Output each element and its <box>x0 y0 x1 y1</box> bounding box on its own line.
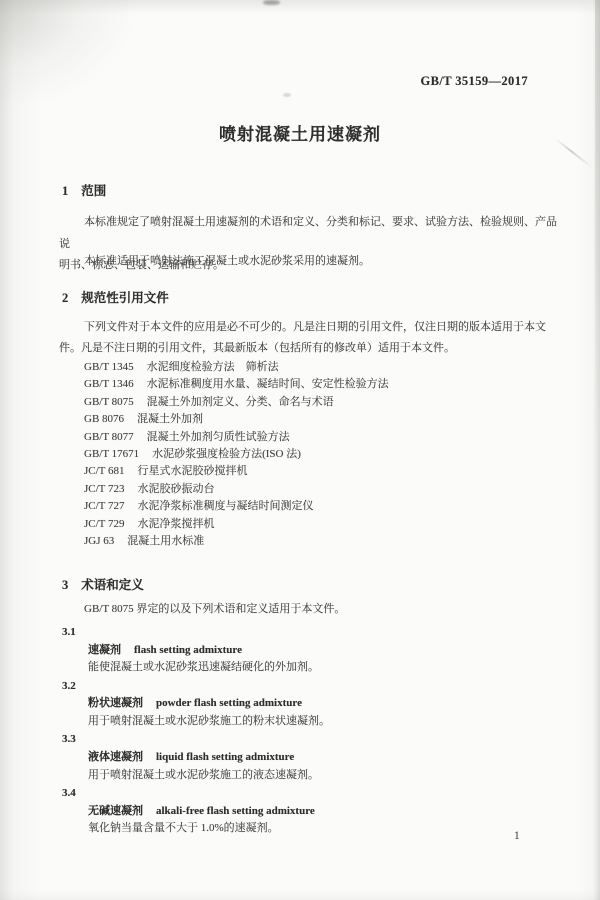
scan-speck <box>283 93 291 97</box>
term-en: flash setting admixture <box>134 644 242 656</box>
reference-item: GB/T 8075混凝土外加剂定义、分类、命名与术语 <box>84 394 389 411</box>
scanned-page: GB/T 35159—2017 喷射混凝土用速凝剂 1范围 本标准规定了喷射混凝… <box>0 0 600 900</box>
reference-item: JGJ 63混凝土用水标准 <box>84 533 389 550</box>
section-number: 1 <box>62 184 68 199</box>
reference-item: JC/T 729水泥净浆搅拌机 <box>84 516 389 533</box>
reference-title: 混凝土外加剂 <box>137 413 203 425</box>
term-block: 3.3液体速凝剂liquid flash setting admixture用于… <box>62 731 330 784</box>
reference-code: GB/T 17671 <box>84 448 139 460</box>
reference-title: 水泥净浆搅拌机 <box>137 518 214 530</box>
reference-item: GB/T 8077混凝土外加剂匀质性试验方法 <box>84 429 389 446</box>
reference-code: JC/T 723 <box>84 483 124 495</box>
section-number: 2 <box>62 291 68 306</box>
term-block: 3.2粉状速凝剂powder flash setting admixture用于… <box>62 678 330 731</box>
term-en: alkali-free flash setting admixture <box>156 805 315 817</box>
term-zh: 粉状速凝剂 <box>88 697 143 709</box>
reference-title: 水泥净浆标准稠度与凝结时间测定仪 <box>137 500 313 512</box>
reference-title: 混凝土外加剂定义、分类、命名与术语 <box>147 396 334 408</box>
section-heading-terms: 3术语和定义 <box>62 575 144 593</box>
reference-code: GB/T 8077 <box>84 431 134 443</box>
section-title: 术语和定义 <box>81 578 144 592</box>
term-definition: 用于喷射混凝土或水泥砂浆施工的粉末状速凝剂。 <box>88 713 330 731</box>
term-zh: 速凝剂 <box>88 644 121 656</box>
reference-title: 水泥胶砂振动台 <box>137 483 214 495</box>
reference-item: JC/T 723水泥胶砂振动台 <box>84 481 389 498</box>
reference-title: 水泥标准稠度用水量、凝结时间、安定性检验方法 <box>147 378 389 390</box>
reference-title: 行星式水泥胶砂搅拌机 <box>137 465 247 477</box>
reference-code: JGJ 63 <box>84 535 114 547</box>
reference-item: GB/T 1345水泥细度检验方法 筛析法 <box>84 359 389 376</box>
term-zh: 无碱速凝剂 <box>88 805 143 817</box>
reference-code: GB/T 1345 <box>84 361 134 373</box>
reference-code: JC/T 681 <box>84 465 124 477</box>
reference-code: GB 8076 <box>84 413 124 425</box>
term-number: 3.3 <box>62 731 330 749</box>
reference-item: JC/T 681行星式水泥胶砂搅拌机 <box>84 463 389 480</box>
scan-edge-shadow-right <box>595 0 600 430</box>
term-line: 液体速凝剂liquid flash setting admixture <box>88 749 330 767</box>
reference-item: GB/T 1346水泥标准稠度用水量、凝结时间、安定性检验方法 <box>84 376 389 393</box>
document-title: 喷射混凝土用速凝剂 <box>0 120 600 145</box>
term-definition: 用于喷射混凝土或水泥砂浆施工的液态速凝剂。 <box>88 767 330 785</box>
term-number: 3.4 <box>62 785 330 803</box>
scope-paragraph-2: 本标准适用于喷射法施工混凝土或水泥砂浆采用的速凝剂。 <box>59 251 561 273</box>
reference-code: GB/T 1346 <box>84 378 134 390</box>
reference-item: GB/T 17671水泥砂浆强度检验方法(ISO 法) <box>84 446 389 463</box>
references-intro: 下列文件对于本文件的应用是必不可少的。凡是注日期的引用文件，仅注日期的版本适用于… <box>59 317 561 359</box>
reference-code: GB/T 8075 <box>84 396 134 408</box>
reference-title: 水泥细度检验方法 筛析法 <box>147 361 279 373</box>
term-block: 3.1速凝剂flash setting admixture能使混凝土或水泥砂浆迅… <box>62 624 330 677</box>
reference-item: GB 8076混凝土外加剂 <box>84 411 389 428</box>
reference-title: 混凝土用水标准 <box>127 535 204 547</box>
term-zh: 液体速凝剂 <box>88 751 143 763</box>
term-line: 速凝剂flash setting admixture <box>88 642 330 660</box>
reference-code: JC/T 729 <box>84 518 124 530</box>
terms-list: 3.1速凝剂flash setting admixture能使混凝土或水泥砂浆迅… <box>62 624 330 838</box>
term-definition: 氧化钠当量含量不大于 1.0%的速凝剂。 <box>88 820 330 838</box>
references-list: GB/T 1345水泥细度检验方法 筛析法GB/T 1346水泥标准稠度用水量、… <box>84 359 389 550</box>
page-number: 1 <box>514 830 520 842</box>
term-en: powder flash setting admixture <box>156 697 302 709</box>
term-line: 粉状速凝剂powder flash setting admixture <box>88 695 330 713</box>
section-title: 规范性引用文件 <box>81 291 169 305</box>
section-heading-references: 2规范性引用文件 <box>62 288 169 306</box>
term-line: 无碱速凝剂alkali-free flash setting admixture <box>88 803 330 821</box>
term-number: 3.2 <box>62 678 330 696</box>
reference-code: JC/T 727 <box>84 500 124 512</box>
term-definition: 能使混凝土或水泥砂浆迅速凝结硬化的外加剂。 <box>88 659 330 677</box>
term-block: 3.4无碱速凝剂alkali-free flash setting admixt… <box>62 785 330 838</box>
scan-smudge <box>263 0 280 5</box>
term-number: 3.1 <box>62 624 330 642</box>
reference-item: JC/T 727水泥净浆标准稠度与凝结时间测定仪 <box>84 498 389 515</box>
reference-title: 水泥砂浆强度检验方法(ISO 法) <box>152 448 301 460</box>
term-en: liquid flash setting admixture <box>156 751 294 763</box>
terms-intro: GB/T 8075 界定的以及下列术语和定义适用于本文件。 <box>59 601 561 619</box>
section-title: 范围 <box>81 184 106 198</box>
reference-title: 混凝土外加剂匀质性试验方法 <box>147 431 290 443</box>
standard-code: GB/T 35159—2017 <box>420 74 528 89</box>
section-number: 3 <box>62 578 68 593</box>
section-heading-scope: 1范围 <box>62 181 106 199</box>
